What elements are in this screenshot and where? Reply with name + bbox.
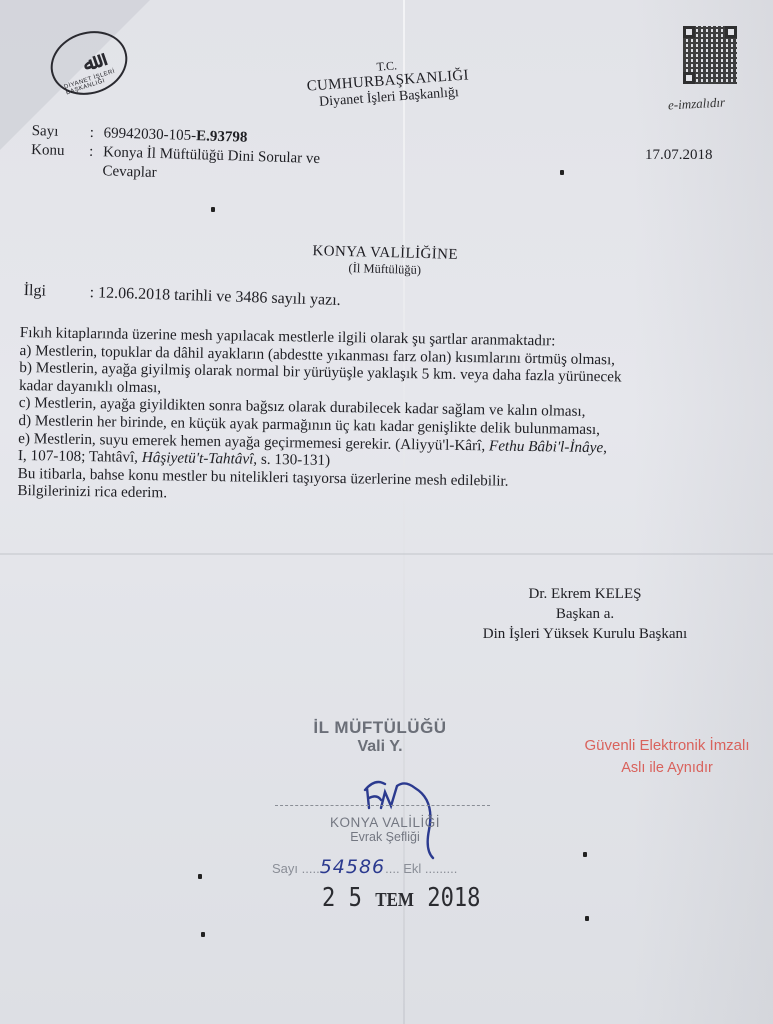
qr-code-icon: [683, 26, 737, 84]
received-date-stamp: 2 5 TEM 2018: [322, 883, 480, 913]
signature-line: [275, 805, 490, 806]
hole-punch-mark: [198, 874, 202, 879]
letter-body: Fıkıh kitaplarında üzerine mesh yapılaca…: [17, 324, 760, 512]
registry-number-row: Sayı .....54586.... Ekl .........: [272, 856, 457, 878]
paper-fold-horizontal: [0, 553, 773, 555]
mufti-office-stamp: İL MÜFTÜLÜĞÜ Vali Y.: [300, 718, 460, 756]
sayi-label: Sayı: [31, 122, 90, 143]
registry-ek-label: .... Ekl .........: [385, 861, 457, 876]
konu-line-2: Cevaplar: [102, 163, 157, 181]
document-meta: Sayı : 69942030-105-E.93798 Konu : Konya…: [30, 122, 321, 188]
stamp-vali: Vali Y.: [300, 738, 460, 756]
registry-sayi-label: Sayı .....: [272, 861, 320, 876]
ilgi-value: : 12.06.2018 tarihli ve 3486 sayılı yazı…: [89, 284, 340, 309]
sayi-prefix: 69942030-105-: [103, 125, 196, 144]
sayi-colon: :: [89, 124, 104, 143]
signer-title-2: Din İşleri Yüksek Kurulu Başkanı: [455, 624, 715, 644]
hole-punch-mark: [201, 932, 205, 937]
red-stamp-line-2: Aslı ile Aynıdır: [572, 757, 762, 779]
reference-line: İlgi : 12.06.2018 tarihli ve 3486 sayılı…: [23, 282, 340, 310]
item-e-citation: Fethu Bâbi'l-İnâye: [489, 437, 603, 456]
certified-copy-stamp: Güvenli Elektronik İmzalı Aslı ile Aynıd…: [572, 735, 762, 779]
konu-colon: :: [88, 143, 103, 181]
ilgi-label: İlgi: [23, 282, 86, 302]
letterhead: T.C. CUMHURBAŞKANLIĞI Diyanet İşleri Baş…: [297, 54, 480, 113]
item-e-ref: I, 107-108; Tahtâvî,: [18, 447, 142, 466]
signer-name: Dr. Ekrem KELEŞ: [455, 584, 715, 604]
stamp-year: 2018: [427, 883, 480, 913]
hole-punch-mark: [211, 207, 215, 212]
logo-calligraphy-icon: ﷲ: [80, 49, 99, 76]
sayi-code: E.93798: [196, 128, 248, 146]
stamp-day: 2 5: [322, 883, 362, 913]
signer-block: Dr. Ekrem KELEŞ Başkan a. Din İşleri Yük…: [455, 584, 715, 644]
konu-row: Konu : Konya İl Müftülüğü Dini Sorular v…: [30, 141, 320, 188]
stamp-office: İL MÜFTÜLÜĞÜ: [300, 718, 460, 738]
item-e-comma: ,: [603, 439, 607, 456]
konu-label: Konu: [30, 141, 89, 181]
e-signature-note: e-imzalıdır: [668, 95, 726, 114]
signer-title-1: Başkan a.: [455, 604, 715, 624]
hole-punch-mark: [583, 852, 587, 857]
document-date: 17.07.2018: [645, 147, 713, 164]
konya-registry-stamp: KONYA VALİLİĞİ Evrak Şefliği: [300, 815, 470, 844]
item-e-pages: , s. 130-131): [253, 451, 330, 469]
hole-punch-mark: [560, 170, 564, 175]
item-e-citation-2: Hâşiyetü't-Tahtâvî: [142, 449, 254, 468]
addressee: KONYA VALİLİĞİNE (İl Müftülüğü): [300, 243, 471, 279]
konu-value: Konya İl Müftülüğü Dini Sorular ve Cevap…: [102, 143, 320, 188]
red-stamp-line-1: Güvenli Elektronik İmzalı: [572, 735, 762, 757]
hole-punch-mark: [585, 916, 589, 921]
stamp-konya: KONYA VALİLİĞİ: [300, 815, 470, 830]
registry-number: 54586: [320, 856, 385, 878]
stamp-evrak: Evrak Şefliği: [300, 830, 470, 844]
stamp-month: TEM: [375, 889, 414, 911]
